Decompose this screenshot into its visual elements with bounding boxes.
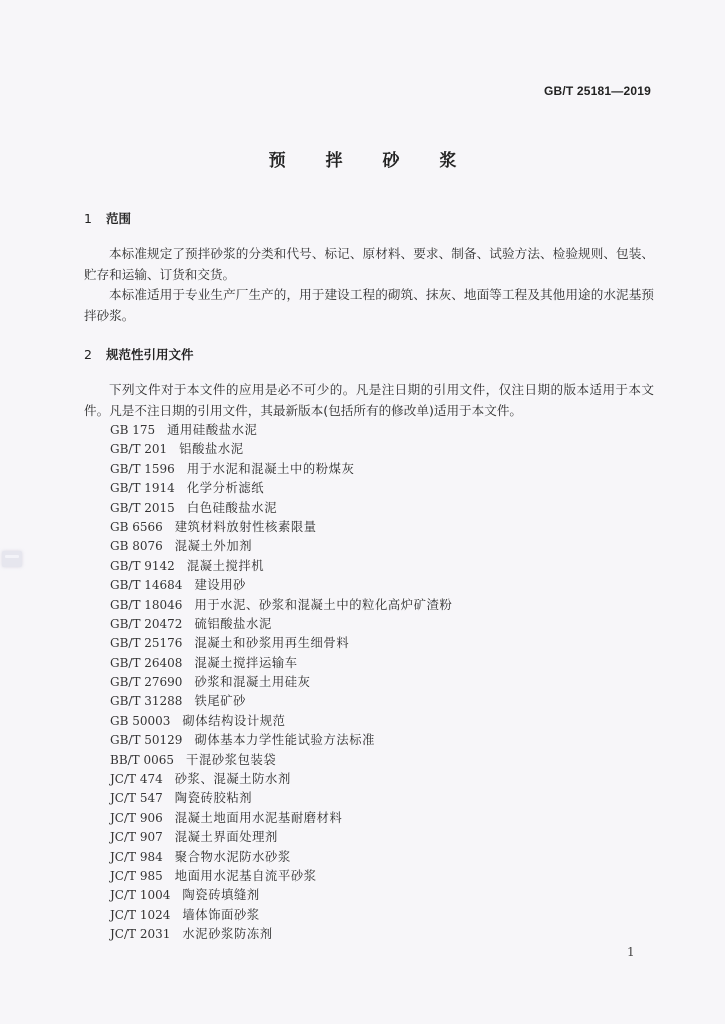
reference-item: JC/T 907混凝土界面处理剂 [110, 827, 452, 846]
reference-item: GB 8076混凝土外加剂 [110, 536, 452, 555]
section-1-body: 本标准规定了预拌砂浆的分类和代号、标记、原材料、要求、制备、试验方法、检验规则、… [84, 244, 654, 326]
reference-code: GB/T 27690 [110, 673, 182, 692]
section-title: 范围 [106, 211, 131, 226]
reference-item: GB/T 9142混凝土搅拌机 [110, 556, 452, 575]
document-page: GB/T 25181—2019 预 拌 砂 浆 1范围 本标准规定了预拌砂浆的分… [0, 0, 725, 1024]
reference-item: BB/T 0065干混砂浆包装袋 [110, 750, 452, 769]
reference-title: 砌体基本力学性能试验方法标准 [194, 733, 375, 747]
reference-code: GB/T 26408 [110, 654, 182, 673]
reference-code: GB/T 201 [110, 440, 167, 459]
reference-code: JC/T 474 [110, 770, 163, 789]
paragraph: 本标准规定了预拌砂浆的分类和代号、标记、原材料、要求、制备、试验方法、检验规则、… [84, 244, 654, 285]
reference-item: JC/T 547陶瓷砖胶粘剂 [110, 788, 452, 807]
side-panel-tab-icon[interactable] [2, 551, 22, 567]
section-1-heading: 1范围 [84, 209, 131, 227]
reference-code: JC/T 2031 [110, 925, 170, 944]
document-title: 预 拌 砂 浆 [0, 146, 725, 171]
reference-title: 化学分析滤纸 [187, 481, 264, 495]
page-number: 1 [627, 945, 635, 959]
reference-item: GB/T 27690砂浆和混凝土用硅灰 [110, 672, 452, 691]
reference-item: GB 50003砌体结构设计规范 [110, 711, 452, 730]
reference-title: 硫铝酸盐水泥 [194, 617, 271, 631]
reference-code: GB 50003 [110, 712, 170, 731]
reference-title: 铝酸盐水泥 [179, 442, 244, 456]
reference-code: GB 6566 [110, 518, 163, 537]
reference-title: 用于水泥、砂浆和混凝土中的粒化高炉矿渣粉 [194, 598, 452, 612]
reference-title: 混凝土界面处理剂 [175, 830, 278, 844]
reference-item: JC/T 1004陶瓷砖填缝剂 [110, 885, 452, 904]
reference-code: GB/T 14684 [110, 576, 182, 595]
reference-title: 混凝土地面用水泥基耐磨材料 [175, 811, 343, 825]
reference-title: 水泥砂浆防冻剂 [182, 927, 272, 941]
reference-code: JC/T 907 [110, 828, 163, 847]
section-title: 规范性引用文件 [106, 347, 194, 362]
reference-code: JC/T 1004 [110, 886, 170, 905]
reference-title: 混凝土搅拌机 [187, 559, 264, 573]
reference-code: GB/T 2015 [110, 499, 175, 518]
reference-title: 干混砂浆包装袋 [186, 753, 276, 767]
reference-title: 陶瓷砖胶粘剂 [175, 791, 252, 805]
reference-code: GB/T 18046 [110, 596, 182, 615]
section-number: 2 [84, 347, 106, 362]
reference-code: GB/T 1596 [110, 460, 175, 479]
tab-handle-icon [5, 555, 19, 558]
section-2-heading: 2规范性引用文件 [84, 345, 194, 363]
reference-title: 聚合物水泥防水砂浆 [175, 850, 291, 864]
reference-item: GB/T 18046用于水泥、砂浆和混凝土中的粒化高炉矿渣粉 [110, 595, 452, 614]
reference-code: GB/T 1914 [110, 479, 175, 498]
reference-item: GB/T 1914化学分析滤纸 [110, 478, 452, 497]
reference-item: JC/T 1024墙体饰面砂浆 [110, 905, 452, 924]
reference-item: GB/T 1596用于水泥和混凝土中的粉煤灰 [110, 459, 452, 478]
reference-code: JC/T 985 [110, 867, 163, 886]
reference-title: 砂浆和混凝土用硅灰 [194, 675, 310, 689]
reference-title: 地面用水泥基自流平砂浆 [175, 869, 317, 883]
reference-item: JC/T 984聚合物水泥防水砂浆 [110, 847, 452, 866]
reference-item: GB/T 31288铁尾矿砂 [110, 691, 452, 710]
reference-code: GB/T 31288 [110, 692, 182, 711]
reference-title: 白色硅酸盐水泥 [187, 501, 277, 515]
reference-title: 陶瓷砖填缝剂 [182, 888, 259, 902]
reference-title: 墙体饰面砂浆 [182, 908, 259, 922]
reference-title: 混凝土和砂浆用再生细骨料 [194, 636, 349, 650]
section-number: 1 [84, 211, 106, 226]
reference-code: JC/T 1024 [110, 906, 170, 925]
reference-item: JC/T 906混凝土地面用水泥基耐磨材料 [110, 808, 452, 827]
reference-item: GB/T 50129砌体基本力学性能试验方法标准 [110, 730, 452, 749]
reference-item: GB/T 2015白色硅酸盐水泥 [110, 498, 452, 517]
reference-item: JC/T 985地面用水泥基自流平砂浆 [110, 866, 452, 885]
reference-item: JC/T 2031水泥砂浆防冻剂 [110, 924, 452, 943]
reference-code: GB 8076 [110, 537, 163, 556]
paragraph: 本标准适用于专业生产厂生产的，用于建设工程的砌筑、抹灰、地面等工程及其他用途的水… [84, 285, 654, 326]
reference-code: JC/T 547 [110, 789, 163, 808]
reference-item: GB/T 26408混凝土搅拌运输车 [110, 653, 452, 672]
reference-title: 铁尾矿砂 [194, 694, 246, 708]
reference-title: 混凝土搅拌运输车 [194, 656, 297, 670]
standard-code: GB/T 25181—2019 [544, 84, 651, 98]
reference-title: 砂浆、混凝土防水剂 [175, 772, 291, 786]
reference-code: GB/T 20472 [110, 615, 182, 634]
reference-title: 通用硅酸盐水泥 [167, 423, 257, 437]
reference-title: 砌体结构设计规范 [182, 714, 285, 728]
reference-item: JC/T 474砂浆、混凝土防水剂 [110, 769, 452, 788]
reference-code: JC/T 906 [110, 809, 163, 828]
reference-title: 用于水泥和混凝土中的粉煤灰 [187, 462, 355, 476]
section-2-body: 下列文件对于本文件的应用是必不可少的。凡是注日期的引用文件，仅注日期的版本适用于… [84, 380, 654, 421]
reference-item: GB 6566建筑材料放射性核素限量 [110, 517, 452, 536]
paragraph: 下列文件对于本文件的应用是必不可少的。凡是注日期的引用文件，仅注日期的版本适用于… [84, 380, 654, 421]
reference-code: GB/T 50129 [110, 731, 182, 750]
reference-item: GB/T 25176混凝土和砂浆用再生细骨料 [110, 633, 452, 652]
reference-code: GB 175 [110, 421, 155, 440]
reference-title: 建筑材料放射性核素限量 [175, 520, 317, 534]
reference-item: GB/T 201铝酸盐水泥 [110, 439, 452, 458]
reference-code: JC/T 984 [110, 848, 163, 867]
reference-item: GB 175通用硅酸盐水泥 [110, 420, 452, 439]
reference-title: 建设用砂 [194, 578, 246, 592]
normative-references-list: GB 175通用硅酸盐水泥 GB/T 201铝酸盐水泥 GB/T 1596用于水… [110, 420, 452, 944]
reference-item: GB/T 14684建设用砂 [110, 575, 452, 594]
reference-code: GB/T 25176 [110, 634, 182, 653]
reference-title: 混凝土外加剂 [175, 539, 252, 553]
reference-code: GB/T 9142 [110, 557, 175, 576]
reference-item: GB/T 20472硫铝酸盐水泥 [110, 614, 452, 633]
reference-code: BB/T 0065 [110, 751, 174, 770]
